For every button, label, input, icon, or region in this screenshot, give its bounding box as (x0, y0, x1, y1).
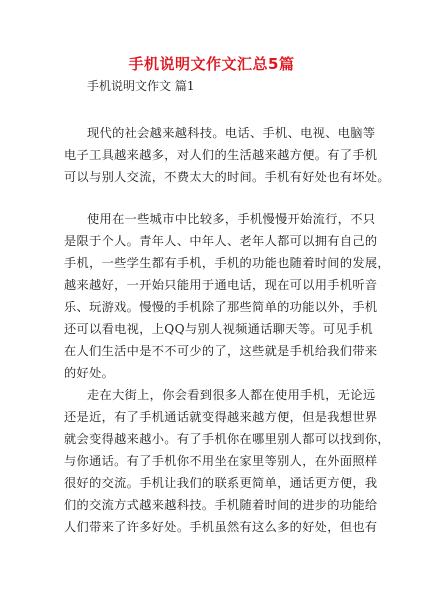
paragraph-line: 们的交流方式越来越科技。手机随着时间的进步的功能给 (64, 498, 364, 512)
paragraph-line: 还是近，有了手机通话就变得越来越方便，但是我想世界 (64, 410, 364, 424)
paragraph-line: 还可以看电视，上QQ与别人视频通话聊天等。可见手机 (64, 322, 364, 336)
paragraph-line: 现代的社会越来越科技。电话、手机、电视、电脑等 (87, 126, 387, 140)
paragraph-line: 越来越好，一开始只能用于通电话，现在可以用手机听音 (64, 278, 364, 292)
paragraph-line: 就会变得越来越小。有了手机你在哪里别人都可以找到你， (64, 432, 364, 446)
paragraph-line: 很好的交流。手机让我们的联系更简单，通话更方便，我 (64, 476, 364, 490)
paragraph-line: 在人们生活中是不不可少的了，这些就是手机给我们带来 (64, 344, 364, 358)
paragraph-line: 可以与别人交流，不费太大的时间。手机有好处也有坏处。 (64, 170, 364, 184)
document-title: 手机说明文作文汇总5篇 (0, 53, 423, 74)
paragraph-line: 电子工具越来越多，对人们的生活越来越方便。有了手机 (64, 148, 364, 162)
paragraph-line: 的好处。 (64, 366, 364, 380)
document-page: 手机说明文作文汇总5篇 手机说明文作文 篇1 现代的社会越来越科技。电话、手机、… (0, 0, 423, 600)
paragraph-line: 走在大街上，你会看到很多人都在使用手机，无论远 (87, 388, 387, 402)
paragraph-line: 使用在一些城市中比较多，手机慢慢开始流行，不只 (87, 212, 387, 226)
paragraph-line: 是限于个人。青年人、中年人、老年人都可以拥有自己的 (64, 234, 364, 248)
paragraph-line: 乐、玩游戏。慢慢的手机除了那些简单的功能以外，手机 (64, 300, 364, 314)
section-heading: 手机说明文作文 篇1 (87, 77, 194, 94)
paragraph-line: 与你通话。有了手机你不用坐在家里等别人，在外面照样 (64, 454, 364, 468)
paragraph-line: 人们带来了许多好处。手机虽然有这么多的好处，但也有 (64, 520, 364, 534)
paragraph-line: 手机，一些学生都有手机，手机的功能也随着时间的发展， (64, 256, 364, 270)
